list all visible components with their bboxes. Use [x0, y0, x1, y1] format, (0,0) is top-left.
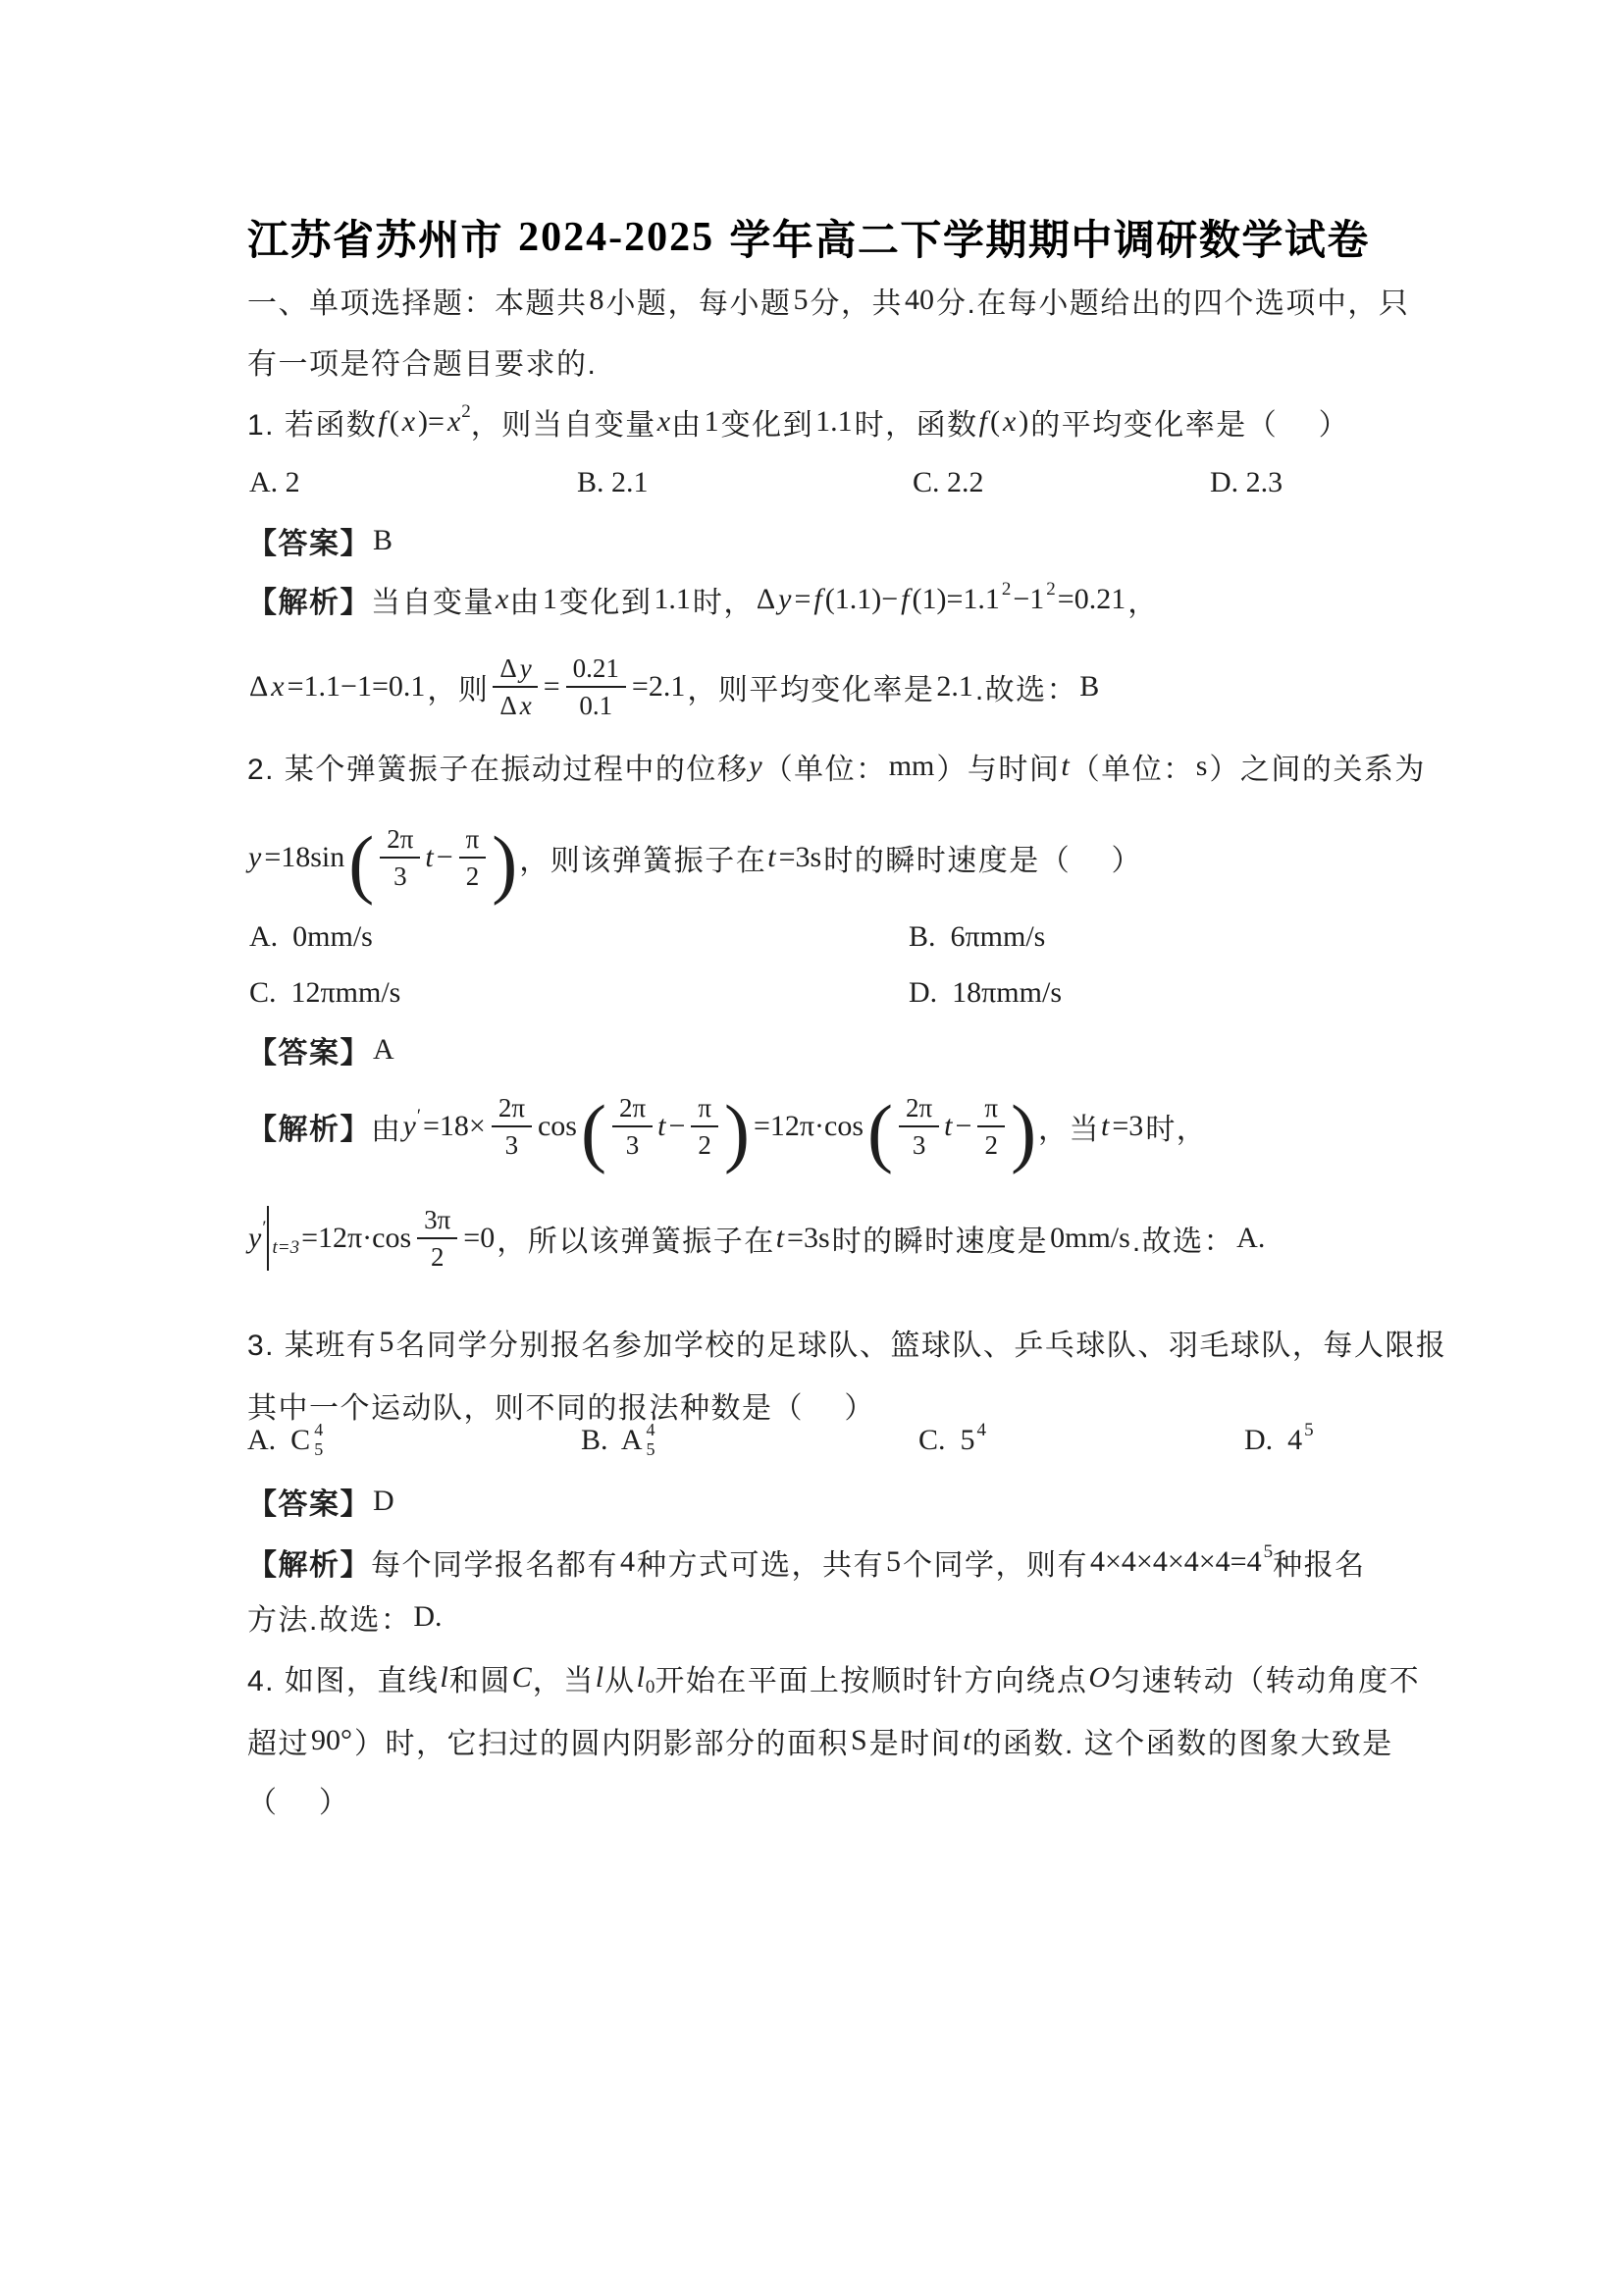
fraction-denominator: 3: [392, 859, 409, 892]
superscript: 2: [1046, 579, 1056, 600]
question-2-options-row-2: C. 12πmm/sD. 18πmm/s: [0, 969, 1623, 1017]
text-run: 从: [604, 1656, 636, 1699]
math-roman-run: 2: [696, 1129, 713, 1161]
math-roman-run: (1)=1.1: [910, 583, 1001, 616]
math-roman-run: =12π·cos: [299, 1222, 413, 1255]
math-roman-run: Δ: [247, 670, 270, 704]
question-2-answer: 【答案】A: [247, 1026, 396, 1073]
text-run: 1. 若函数: [247, 400, 377, 444]
math-roman-run: 2π: [497, 1092, 527, 1123]
fraction: 2π3: [380, 823, 420, 893]
subscript: 5: [647, 1440, 655, 1460]
question-2-analysis-line-1: 【解析】由y′=18×2π3cos(2π3t−π2)=12π·cos(2π3t−…: [247, 1068, 1207, 1185]
math-roman-run: 1.1: [652, 583, 693, 616]
fraction-numerator: π: [691, 1092, 718, 1127]
fraction: 2π3: [492, 1092, 532, 1162]
math-roman-run: D. 2.3: [1208, 466, 1284, 499]
fraction-numerator: π: [459, 823, 487, 859]
math-italic-run: t: [943, 1110, 953, 1143]
text-run: 时，: [693, 578, 755, 621]
math-roman-run: =18×: [421, 1110, 488, 1143]
math-italic-run: t: [424, 841, 434, 874]
math-italic-run: t: [1100, 1110, 1110, 1143]
question-3-answer: 【答案】D: [247, 1478, 396, 1525]
subscript: t=3: [272, 1237, 299, 1259]
math-roman-run: =3s: [785, 1222, 832, 1255]
section-intro-line-1: 一、单项选择题：本题共8小题，每小题5分，共40分.在每小题给出的四个选项中，只: [247, 277, 1409, 324]
math-italic-run: y: [519, 652, 533, 684]
text-run: 每个同学报名都有: [371, 1540, 618, 1584]
math-roman-run: −: [435, 841, 455, 874]
math-roman-run: B: [371, 524, 394, 557]
text-run: 【解析】: [247, 1540, 371, 1584]
math-italic-run: l: [595, 1661, 604, 1695]
text-run: 一、单项选择题：本题共: [247, 279, 588, 322]
math-italic-run: x: [519, 690, 533, 721]
text-run: 个同学，则有: [903, 1540, 1088, 1584]
text-run: 学年高二下学期期中调研数学试卷: [716, 208, 1370, 267]
text-run: 分.在每小题给出的四个选项中，只: [936, 279, 1409, 322]
math-italic-run: x: [656, 405, 671, 439]
math-roman-run: C. 5: [916, 1424, 977, 1457]
text-run: 种报名: [1273, 1540, 1366, 1584]
text-run: 分，共: [811, 279, 904, 322]
text-run: 【答案】: [247, 1480, 371, 1523]
evaluation-bar: [267, 1206, 269, 1271]
math-roman-run: −1: [1011, 583, 1046, 616]
question-2-options-row-1: A. 0mm/sB. 6πmm/s: [0, 913, 1623, 961]
math-roman-run: 0.21: [571, 652, 621, 684]
text-run: 方法.故选：: [247, 1595, 411, 1639]
math-roman-run: Δ: [497, 652, 518, 684]
text-run: 匀速转动（转动角度不: [1111, 1656, 1420, 1699]
superscript: 4: [647, 1421, 655, 1440]
text-run: ，则该弹簧振子在: [519, 836, 766, 879]
math-roman-run: =3: [1110, 1110, 1145, 1143]
text-run: 种方式可选，共有: [637, 1540, 884, 1584]
question-4-stem-line-1: 4. 如图，直线l和圆C，当l从l0开始在平面上按顺时针方向绕点O匀速转动（转动…: [247, 1654, 1420, 1701]
document-page: 江苏省苏州市 2024-2025 学年高二下学期期中调研数学试卷一、单项选择题：…: [0, 0, 1623, 2296]
question-1-options-col-2: C. 2.2: [911, 466, 986, 499]
math-roman-run: S: [849, 1724, 869, 1757]
math-italic-run: l: [636, 1661, 646, 1695]
fraction-numerator: 3π: [417, 1204, 457, 1239]
text-run: 有一项是符合题目要求的.: [247, 339, 597, 383]
fraction-denominator: 3: [624, 1127, 642, 1161]
math-roman-run: 40: [903, 284, 936, 317]
superscript: ′: [262, 1218, 266, 1239]
math-roman-run: 2.1: [934, 670, 975, 704]
math-roman-run: 4: [618, 1545, 637, 1579]
question-1-analysis-line-2: Δx=1.1−1=0.1，则ΔyΔx=0.210.1=2.1，则平均变化率是2.…: [247, 636, 1101, 738]
math-roman-run: =2.1: [630, 670, 687, 704]
math-roman-run: 1: [703, 405, 721, 439]
text-run: 时的瞬时速度是: [832, 1217, 1049, 1260]
text-run: 由: [671, 400, 703, 444]
math-roman-run: =18sin: [262, 841, 346, 874]
math-roman-run: =3s: [777, 841, 824, 874]
text-run: 变化到: [721, 400, 814, 444]
question-2-options-row-1-col-1: B. 6πmm/s: [907, 920, 1047, 954]
math-roman-run: 3: [392, 861, 409, 892]
text-run: 3. 某班有: [247, 1321, 377, 1364]
subscript: 0: [646, 1677, 655, 1698]
math-roman-run: π: [982, 1092, 1000, 1123]
fraction-numerator: 2π: [380, 823, 420, 859]
text-run: ，则: [427, 665, 489, 708]
superscript: 2: [1002, 579, 1012, 600]
fraction-denominator: 3: [503, 1127, 521, 1161]
text-run: 变化到: [559, 578, 653, 621]
math-roman-run: B. 6πmm/s: [907, 920, 1047, 954]
question-3-options-col-2: C. 54: [916, 1424, 986, 1457]
math-roman-run: =12π·cos: [752, 1110, 865, 1143]
math-roman-run: A.: [1234, 1222, 1267, 1255]
math-roman-run: =: [542, 670, 562, 704]
superscript: 5: [1304, 1420, 1314, 1441]
math-roman-run: ): [1017, 405, 1030, 439]
math-roman-run: B. A: [579, 1424, 645, 1457]
math-italic-run: f: [812, 583, 822, 616]
fraction-denominator: 2: [464, 859, 482, 892]
text-run: 【解析】: [247, 1105, 371, 1148]
question-2-stem-line-2: y=18sin(2π3t−π2)，则该弹簧振子在t=3s时的瞬时速度是（ ）: [247, 801, 1142, 914]
fraction: 2π3: [899, 1092, 939, 1162]
text-run: 小题，每小题: [606, 279, 792, 322]
math-roman-run: 2π: [385, 823, 415, 855]
question-1-stem: 1. 若函数f(x)=x2，则当自变量x由1变化到1.1时，函数f(x)的平均变…: [247, 398, 1349, 445]
math-roman-run: (1.1)−: [823, 583, 900, 616]
text-run: 由: [371, 1105, 402, 1148]
question-2-analysis-line-2: y′t=3=12π·cos3π2=0，所以该弹簧振子在t=3s时的瞬时速度是0m…: [247, 1181, 1267, 1295]
text-run: 的平均变化率是（ ）: [1030, 400, 1349, 444]
math-roman-run: 90°: [309, 1724, 354, 1757]
math-roman-run: −: [954, 1110, 974, 1143]
math-roman-run: 3: [624, 1129, 642, 1161]
fraction-numerator: 2π: [899, 1092, 939, 1127]
text-run: 开始在平面上按顺时针方向绕点: [654, 1656, 1087, 1699]
math-roman-run: A: [371, 1033, 396, 1067]
math-italic-run: t: [962, 1724, 971, 1757]
math-roman-run: B: [1077, 670, 1101, 704]
math-roman-run: 2π: [617, 1092, 648, 1123]
question-3-options: A. C45B. A45C. 54D. 45: [0, 1410, 1623, 1471]
superscript: 2: [461, 401, 471, 423]
text-run: .故选：: [1132, 1217, 1234, 1260]
text-run: ，所以该弹簧振子在: [497, 1217, 775, 1260]
math-italic-run: C: [511, 1661, 533, 1695]
fraction: ΔyΔx: [493, 652, 537, 722]
math-italic-run: x: [446, 405, 461, 439]
text-run: 时，: [1145, 1105, 1207, 1148]
math-italic-run: x: [1002, 405, 1017, 439]
math-roman-run: mm: [887, 750, 937, 783]
math-roman-run: =0: [461, 1222, 497, 1255]
superscript: 5: [1264, 1541, 1274, 1563]
text-run: ，当: [1038, 1105, 1100, 1148]
math-roman-run: )=: [416, 405, 446, 439]
math-roman-run: 2024-2025: [516, 214, 716, 261]
math-italic-run: f: [377, 405, 387, 439]
fraction-denominator: Δx: [497, 688, 532, 721]
text-run: 的函数. 这个函数的图象大致是: [972, 1719, 1393, 1762]
fraction: π2: [691, 1092, 718, 1162]
math-roman-run: =0.21: [1056, 583, 1127, 616]
question-3-stem-line-1: 3. 某班有5名同学分别报名参加学校的足球队、篮球队、乒乓球队、羽毛球队，每人限…: [247, 1319, 1446, 1366]
text-run: ，: [1127, 578, 1159, 621]
question-2-options-row-2-col-0: C. 12πmm/s: [247, 976, 402, 1010]
fraction: 2π3: [612, 1092, 653, 1162]
fraction-denominator: 3: [911, 1127, 928, 1161]
math-roman-run: 5: [884, 1545, 903, 1579]
fraction-numerator: Δy: [493, 652, 537, 688]
text-run: 和圆: [449, 1656, 511, 1699]
math-italic-run: t: [1060, 750, 1070, 783]
question-1-options: A. 2B. 2.1C. 2.2D. 2.3: [0, 459, 1623, 506]
question-1-options-col-0: A. 2: [247, 466, 302, 499]
question-3-analysis-line-1: 【解析】每个同学报名都有4种方式可选，共有5个同学，则有4×4×4×4×4=45…: [247, 1539, 1366, 1586]
text-run: .故选：: [975, 665, 1077, 708]
text-run: 4. 如图，直线: [247, 1656, 439, 1699]
math-roman-run: 0mm/s: [1048, 1222, 1132, 1255]
question-3-options-col-1: B. A45: [579, 1421, 655, 1460]
text-run: ）之间的关系为: [1209, 745, 1426, 788]
math-italic-run: y: [247, 841, 262, 874]
math-roman-run: 2: [464, 861, 482, 892]
math-roman-run: π: [464, 823, 482, 855]
fraction-numerator: π: [977, 1092, 1005, 1127]
text-run: 名同学分别报名参加学校的足球队、篮球队、乒乓球队、羽毛球队，每人限报: [395, 1321, 1446, 1364]
super-subscript-stack: 45: [647, 1421, 655, 1460]
math-italic-run: y: [402, 1110, 417, 1143]
math-roman-run: A. 0mm/s: [247, 920, 375, 954]
fraction-numerator: 2π: [612, 1092, 653, 1127]
text-run: （单位：: [763, 745, 887, 788]
math-roman-run: 3π: [422, 1204, 452, 1235]
superscript: 4: [977, 1420, 987, 1441]
text-run: ，则当自变量: [471, 400, 656, 444]
math-roman-run: C. 2.2: [911, 466, 986, 499]
math-roman-run: 2π: [904, 1092, 934, 1123]
fraction-denominator: 0.1: [577, 688, 614, 721]
math-roman-run: s: [1194, 750, 1210, 783]
question-1-answer: 【答案】B: [247, 517, 394, 564]
math-roman-run: 2: [982, 1129, 1000, 1161]
fraction-numerator: 2π: [492, 1092, 532, 1127]
math-roman-run: 5: [792, 284, 811, 317]
question-2-options-row-2-col-1: D. 18πmm/s: [907, 976, 1064, 1010]
section-intro-line-2: 有一项是符合题目要求的.: [247, 338, 597, 385]
fraction: π2: [459, 823, 487, 893]
math-roman-run: B. 2.1: [575, 466, 651, 499]
text-run: 江苏省苏州市: [247, 208, 516, 267]
superscript: ′: [417, 1106, 421, 1127]
math-italic-run: y: [777, 583, 792, 616]
math-italic-run: f: [900, 583, 910, 616]
math-roman-run: A. C: [245, 1424, 312, 1457]
text-run: 超过: [247, 1719, 309, 1762]
question-3-options-col-0: A. C45: [245, 1421, 323, 1460]
question-1-options-col-3: D. 2.3: [1208, 466, 1284, 499]
fraction-denominator: 2: [696, 1127, 713, 1161]
question-3-analysis-line-2: 方法.故选：D.: [247, 1593, 445, 1641]
math-roman-run: C. 12πmm/s: [247, 976, 402, 1010]
text-run: 【答案】: [247, 519, 371, 562]
question-2-stem-line-1: 2. 某个弹簧振子在振动过程中的位移y（单位：mm）与时间t（单位：s）之间的关…: [247, 743, 1426, 790]
math-roman-run: =: [792, 583, 812, 616]
question-1-analysis-line-1: 【解析】当自变量x由1变化到1.1时，Δy=f(1.1)−f(1)=1.12−1…: [247, 576, 1159, 623]
question-4-stem-line-2: 超过90°）时，它扫过的圆内阴影部分的面积S是时间t的函数. 这个函数的图象大致…: [247, 1717, 1393, 1764]
math-italic-run: t: [766, 841, 776, 874]
math-roman-run: D. 4: [1242, 1424, 1304, 1457]
math-italic-run: y: [748, 750, 762, 783]
math-roman-run: −: [666, 1110, 687, 1143]
text-run: 【答案】: [247, 1028, 371, 1071]
math-roman-run: 4×4×4×4×4=4: [1088, 1545, 1264, 1579]
math-italic-run: y: [247, 1222, 262, 1255]
text-run: 由: [509, 578, 541, 621]
math-italic-run: x: [495, 583, 509, 616]
math-roman-run: 8: [588, 284, 606, 317]
math-italic-run: x: [401, 405, 416, 439]
math-roman-run: 3: [503, 1129, 521, 1161]
fraction-denominator: 2: [982, 1127, 1000, 1161]
text-run: 时的瞬时速度是（ ）: [823, 836, 1142, 879]
question-1-options-col-1: B. 2.1: [575, 466, 651, 499]
fraction: 3π2: [417, 1204, 457, 1274]
superscript: 4: [314, 1421, 323, 1440]
math-roman-run: D: [371, 1485, 396, 1518]
text-run: ）与时间: [936, 745, 1060, 788]
math-italic-run: f: [978, 405, 988, 439]
text-run: 是时间: [869, 1719, 963, 1762]
math-roman-run: =1.1−1=0.1: [286, 670, 428, 704]
math-roman-run: 1.1: [813, 405, 855, 439]
math-roman-run: 1: [541, 583, 559, 616]
text-run: （单位：: [1071, 745, 1194, 788]
text-run: （ ）: [247, 1778, 349, 1821]
math-roman-run: D.: [411, 1600, 444, 1634]
question-3-options-col-3: D. 45: [1242, 1424, 1314, 1457]
fraction-denominator: 2: [429, 1239, 446, 1273]
math-roman-run: cos: [536, 1110, 579, 1143]
math-roman-run: D. 18πmm/s: [907, 976, 1064, 1010]
math-italic-run: O: [1087, 1661, 1111, 1695]
fraction-numerator: 0.21: [566, 652, 626, 688]
math-italic-run: x: [270, 670, 285, 704]
text-run: 当自变量: [371, 578, 495, 621]
question-4-stem-line-3: （ ）: [247, 1776, 349, 1823]
text-run: 2. 某个弹簧振子在振动过程中的位移: [247, 745, 748, 788]
text-run: 时，函数: [855, 400, 978, 444]
subscript: 5: [314, 1440, 323, 1460]
text-run: 【解析】: [247, 578, 371, 621]
math-roman-run: 3: [911, 1129, 928, 1161]
math-roman-run: 2: [429, 1241, 446, 1273]
fraction: π2: [977, 1092, 1005, 1162]
super-subscript-stack: 45: [314, 1421, 323, 1460]
math-roman-run: 0.1: [577, 690, 614, 721]
question-2-options-row-1-col-0: A. 0mm/s: [247, 920, 375, 954]
exam-title: 江苏省苏州市 2024-2025 学年高二下学期期中调研数学试卷: [247, 210, 1370, 265]
math-roman-run: (: [388, 405, 401, 439]
fraction: 0.210.1: [566, 652, 626, 722]
math-roman-run: Δ: [497, 690, 518, 721]
math-roman-run: A. 2: [247, 466, 302, 499]
math-roman-run: 5: [377, 1326, 395, 1359]
text-run: ）时，它扫过的圆内阴影部分的面积: [354, 1719, 849, 1762]
math-italic-run: l: [439, 1661, 448, 1695]
math-roman-run: π: [696, 1092, 713, 1123]
math-roman-run: (: [988, 405, 1002, 439]
math-roman-run: Δ: [755, 583, 777, 616]
math-italic-run: t: [656, 1110, 666, 1143]
text-run: ，则平均变化率是: [687, 665, 934, 708]
math-italic-run: t: [775, 1222, 785, 1255]
text-run: ，当: [533, 1656, 595, 1699]
